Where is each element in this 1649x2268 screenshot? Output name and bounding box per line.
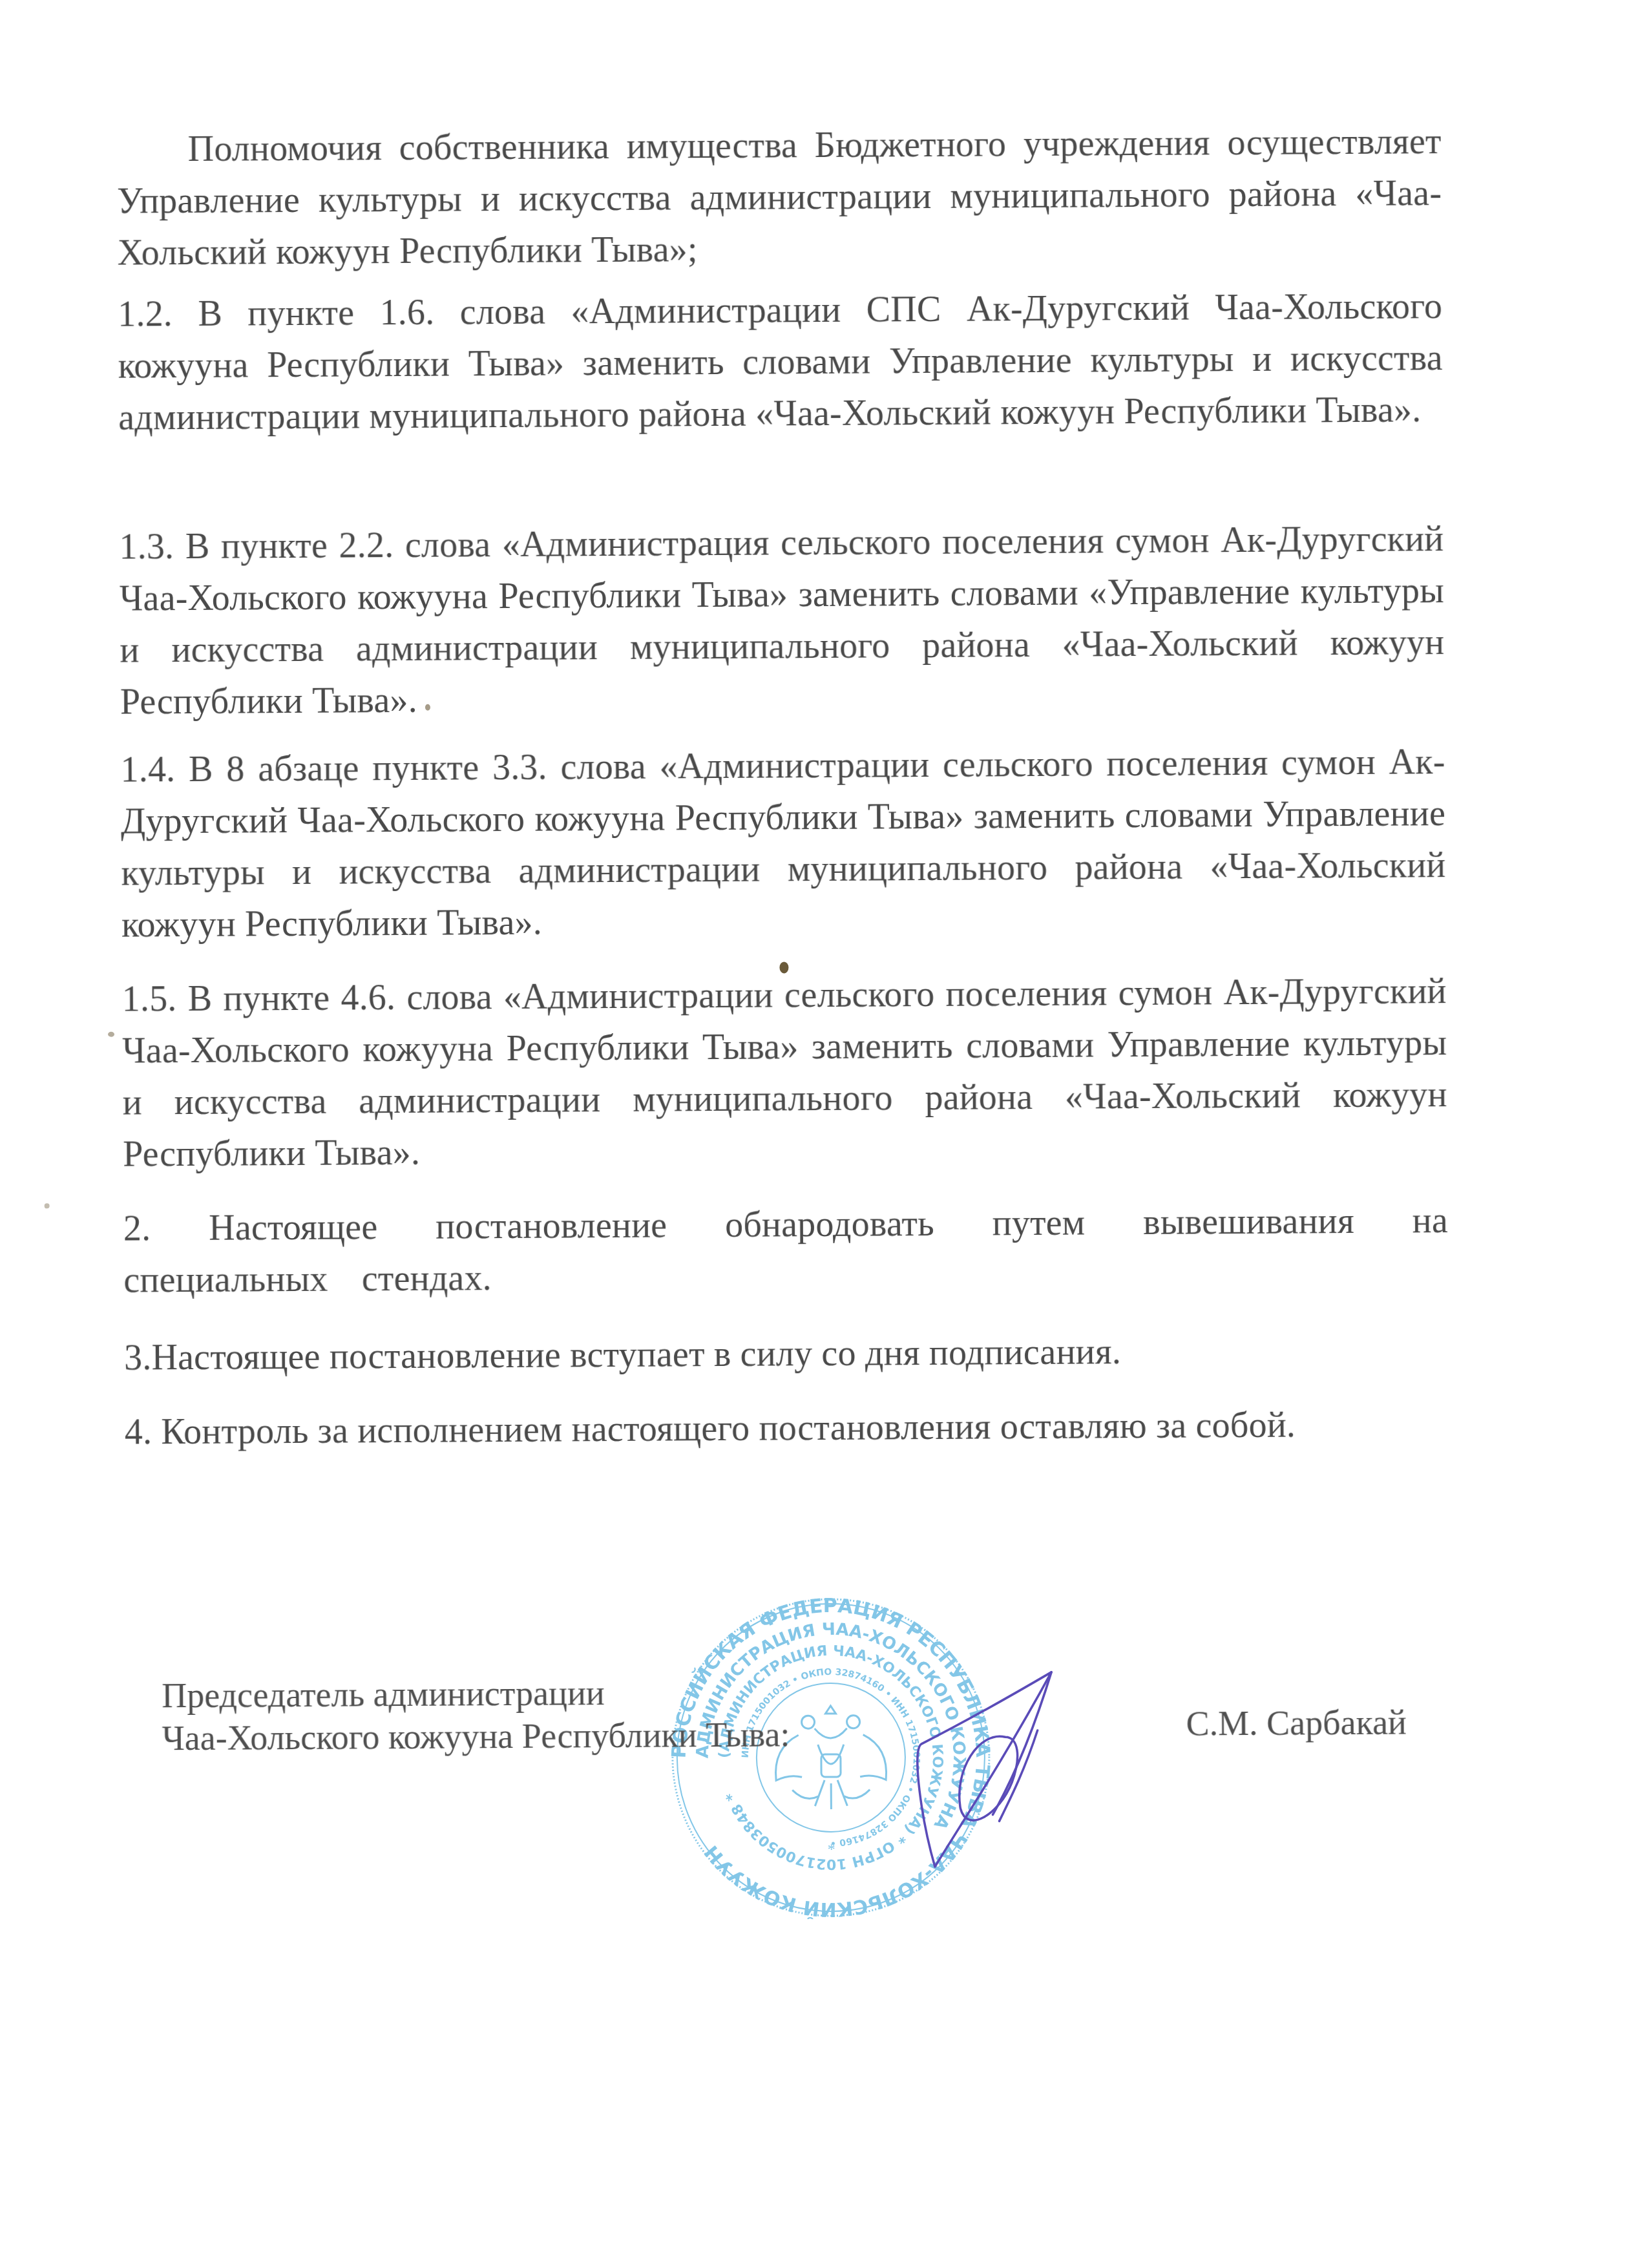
signature-title: Председатель администрации Чаа-Хольского… (162, 1670, 790, 1759)
scan-speck (108, 1032, 114, 1037)
paragraph-intro: Полномочия собственника имущества Бюджет… (116, 116, 1442, 279)
signature-title-line2: Чаа-Хольского кожууна Республики Тыва: (162, 1713, 790, 1759)
svg-text:*: * (828, 1842, 835, 1858)
paragraph-1-5: 1.5. В пункте 4.6. слова «Администрации … (121, 965, 1447, 1181)
scan-speck (779, 961, 788, 973)
paragraph-4: 4. Контроль за исполнением настоящего по… (125, 1398, 1449, 1458)
paragraph-1-4: 1.4. В 8 абзаце пункте 3.3. слова «Админ… (120, 736, 1446, 951)
coat-of-arms-icon (775, 1705, 887, 1809)
scan-speck (45, 1203, 50, 1208)
paragraph-3: 3.Настоящее постановление вступает в сил… (124, 1324, 1449, 1384)
signatory-name: С.М. Сарбакай (1186, 1703, 1407, 1744)
handwritten-signature-icon (908, 1666, 1064, 1880)
document-page: Полномочия собственника имущества Бюджет… (0, 0, 1649, 2268)
paragraph-2: 2. Настоящее постановление обнародовать … (123, 1195, 1449, 1307)
paragraph-1-2: 1.2. В пункте 1.6. слова «Администрации … (118, 280, 1443, 444)
scan-speck (425, 704, 430, 711)
paragraph-1-3: 1.3. В пункте 2.2. слова «Администрация … (119, 513, 1445, 728)
signature-title-line1: Председатель администрации (162, 1670, 790, 1717)
